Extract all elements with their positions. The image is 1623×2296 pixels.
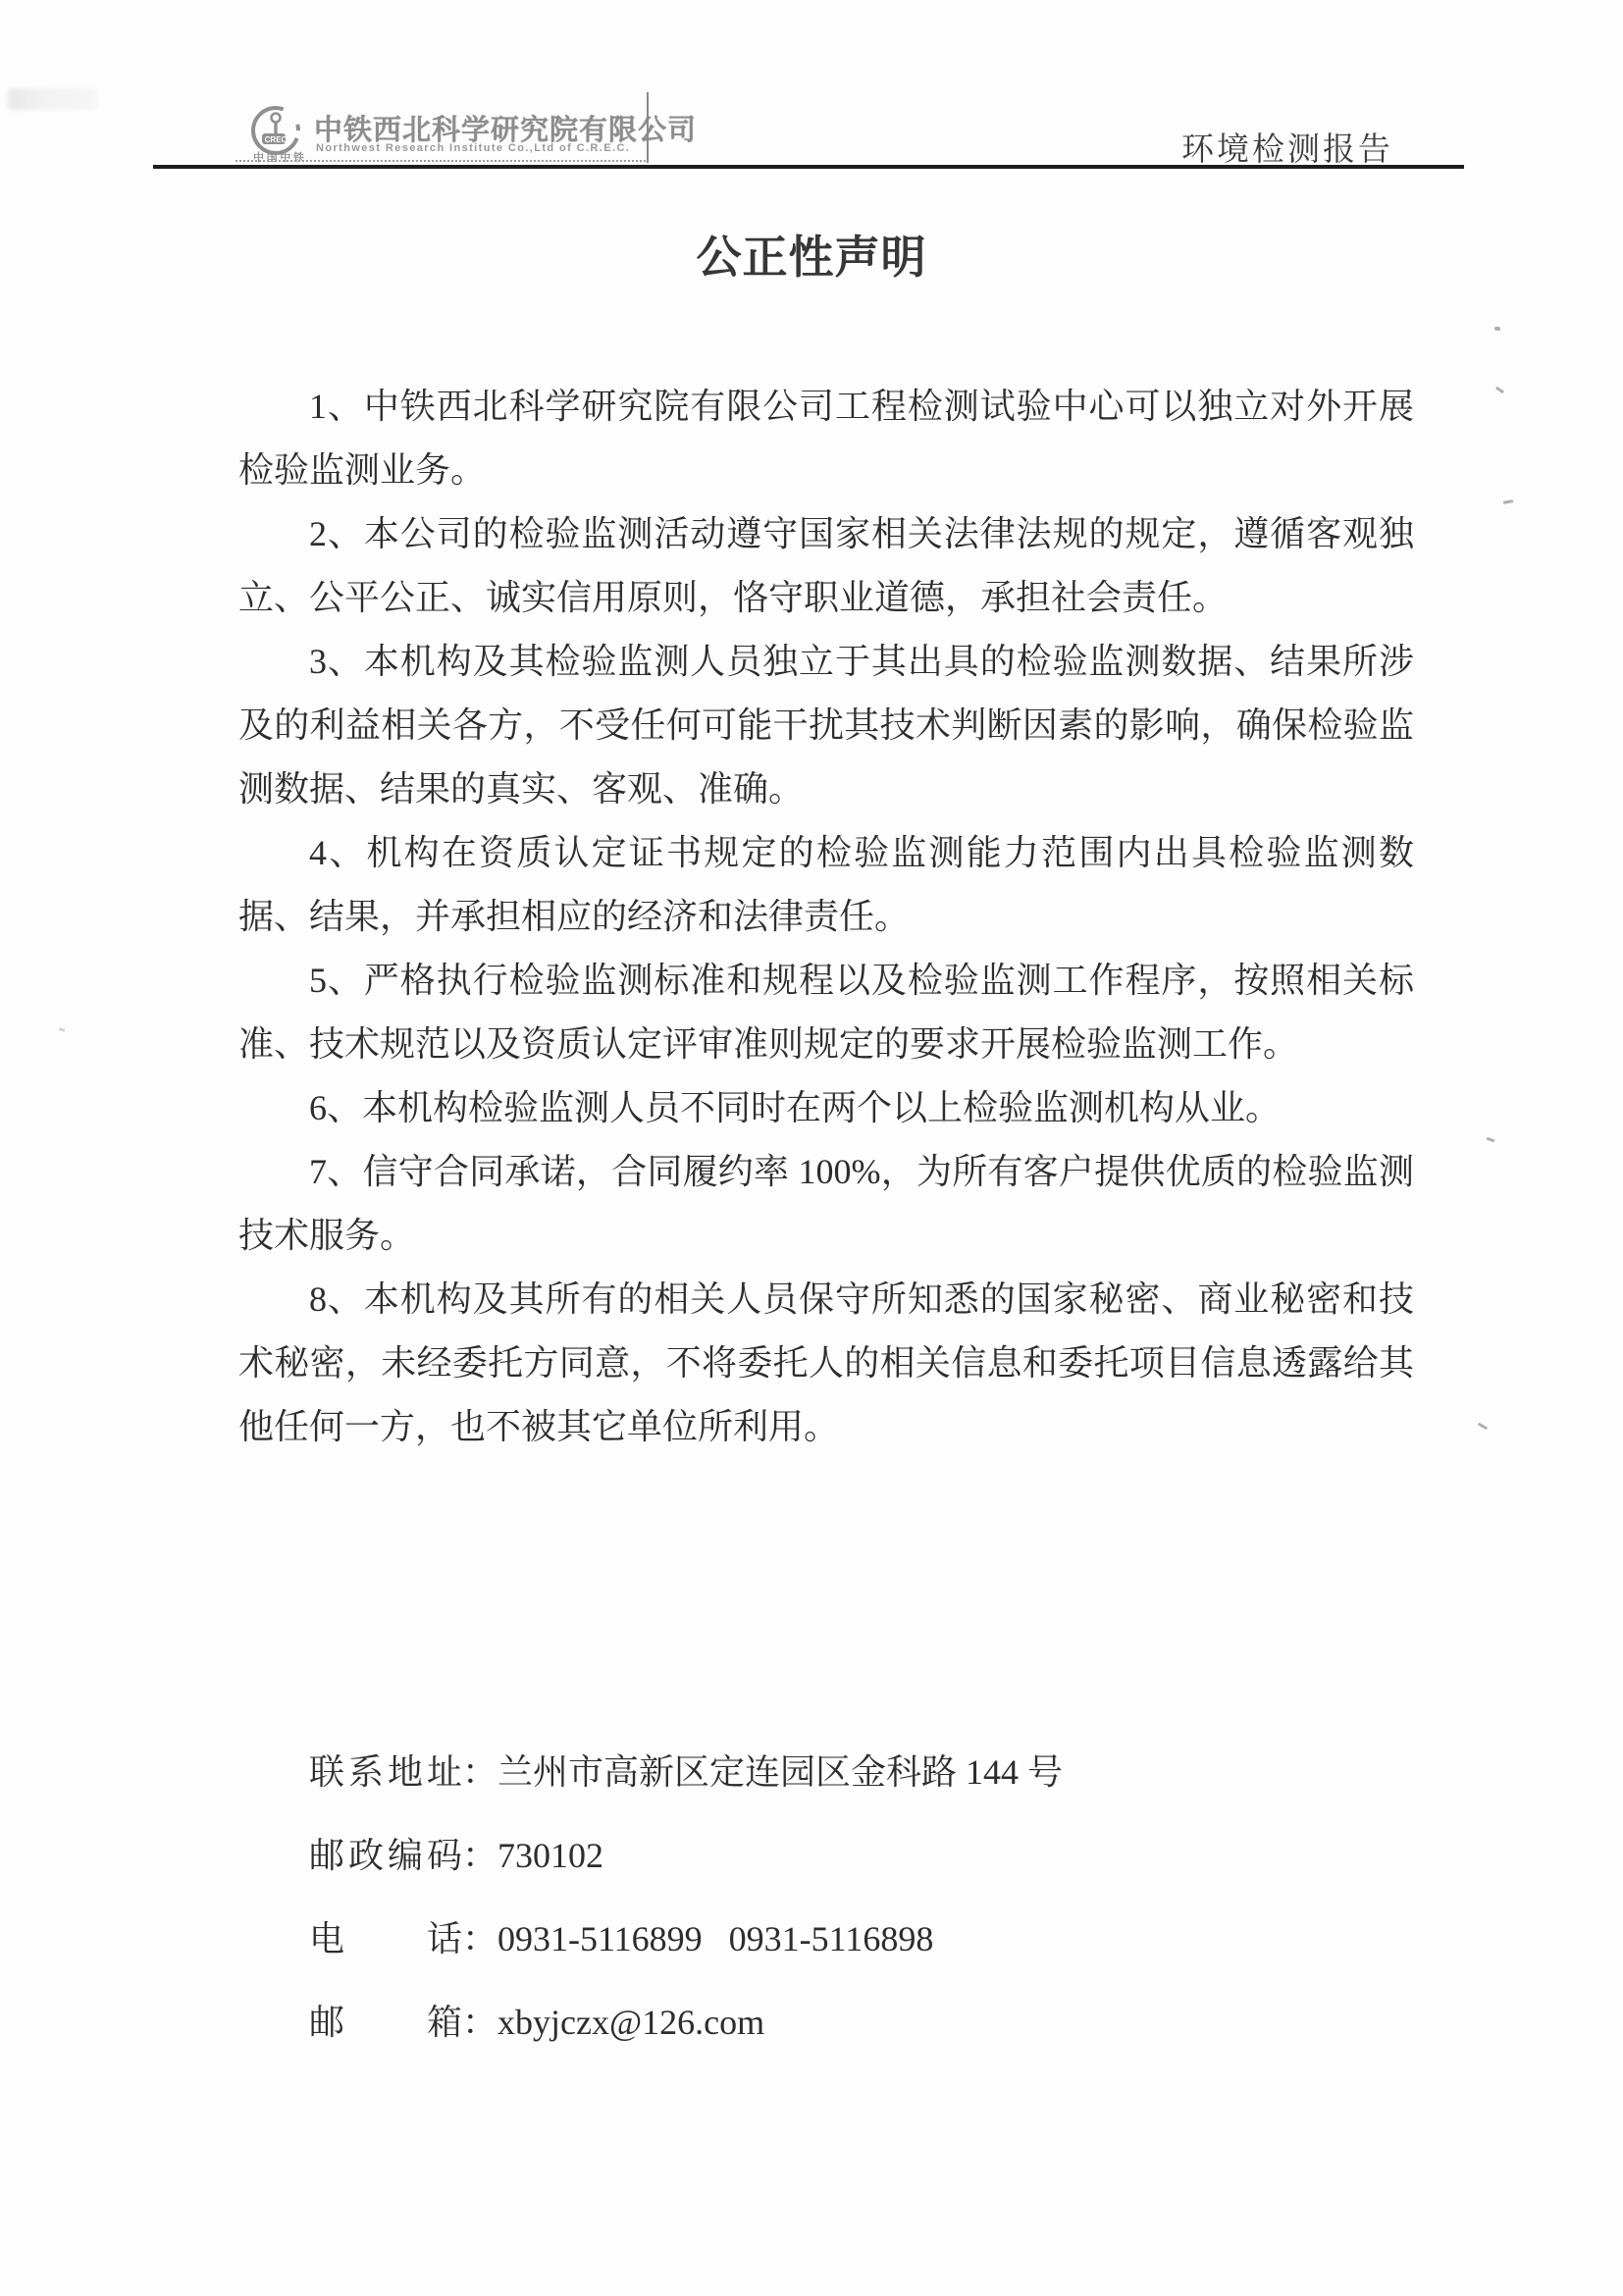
contact-label-address: 联系地址 — [309, 1745, 462, 1795]
header-rule — [153, 165, 1464, 169]
statement-paragraph-8: 8、本机构及其所有的相关人员保守所知悉的国家秘密、商业秘密和技术秘密，未经委托方… — [238, 1268, 1414, 1459]
contact-colon: ： — [462, 1995, 497, 2045]
contact-row-postcode: 邮政编码：730102 — [309, 1828, 1192, 1871]
contact-colon: ： — [462, 1828, 497, 1878]
statement-paragraph-4: 4、机构在资质认定证书规定的检验监测能力范围内出具检验监测数据、结果，并承担相应… — [238, 821, 1414, 949]
scan-artifact — [1487, 1137, 1495, 1143]
contact-colon: ： — [462, 1911, 497, 1961]
contact-value-email: xbyjczx@126.com — [497, 2003, 764, 2042]
statement-paragraph-1: 1、中铁西北科学研究院有限公司工程检测试验中心可以独立对外开展检验监测业务。 — [238, 375, 1414, 502]
scan-artifact — [59, 1027, 66, 1031]
contact-row-phone: 电话：0931-5116899 0931-5116898 — [309, 1911, 1192, 1955]
document-page: CREC 中国中铁 中铁西北科学研究院有限公司 Northwest Resear… — [0, 0, 1623, 2296]
statement-paragraph-2: 2、本公司的检验监测活动遵守国家相关法律法规的规定，遵循客观独立、公平公正、诚实… — [238, 502, 1414, 630]
scan-artifact — [1495, 387, 1504, 394]
statement-paragraph-6: 6、本机构检验监测人员不同时在两个以上检验监测机构从业。 — [238, 1076, 1414, 1140]
statement-paragraph-7: 7、信守合同承诺，合同履约率 100%，为所有客户提供优质的检验监测技术服务。 — [238, 1140, 1414, 1268]
statements-section: 1、中铁西北科学研究院有限公司工程检测试验中心可以独立对外开展检验监测业务。 2… — [238, 375, 1414, 1459]
contact-label-email: 邮箱 — [309, 1995, 462, 2045]
statement-paragraph-5: 5、严格执行检验监测标准和规程以及检验监测工作程序，按照相关标准、技术规范以及资… — [238, 949, 1414, 1076]
statement-paragraph-3: 3、本机构及其检验监测人员独立于其出具的检验监测数据、结果所涉及的利益相关各方，… — [238, 630, 1414, 821]
contact-label-phone: 电话 — [309, 1911, 462, 1961]
company-name-en: Northwest Research Institute Co.,Ltd of … — [316, 142, 630, 154]
logo-caption: 中国中铁 — [253, 149, 304, 165]
contact-colon: ： — [462, 1745, 497, 1795]
contact-label-postcode: 邮政编码 — [309, 1828, 462, 1878]
scan-artifact — [1494, 327, 1500, 331]
scan-artifact — [1503, 499, 1513, 504]
contact-value-address: 兰州市高新区定连园区金科路 144 号 — [497, 1752, 1063, 1792]
contact-row-email: 邮箱：xbyjczx@126.com — [309, 1995, 1192, 2038]
scan-artifact — [1478, 1423, 1488, 1431]
header-vertical-divider — [647, 92, 649, 163]
contact-section: 联系地址：兰州市高新区定连园区金科路 144 号 邮政编码：730102 电话：… — [309, 1745, 1192, 2078]
header-dotted-divider — [236, 160, 646, 162]
contact-value-phone: 0931-5116899 0931-5116898 — [497, 1919, 933, 1958]
page-title: 公正性声明 — [0, 222, 1623, 287]
report-type-label: 环境检测报告 — [1181, 124, 1393, 170]
crec-logo-badge: CREC — [265, 135, 288, 144]
contact-row-address: 联系地址：兰州市高新区定连园区金科路 144 号 — [309, 1745, 1192, 1788]
contact-value-postcode: 730102 — [497, 1836, 603, 1875]
scan-smudge — [8, 88, 98, 110]
